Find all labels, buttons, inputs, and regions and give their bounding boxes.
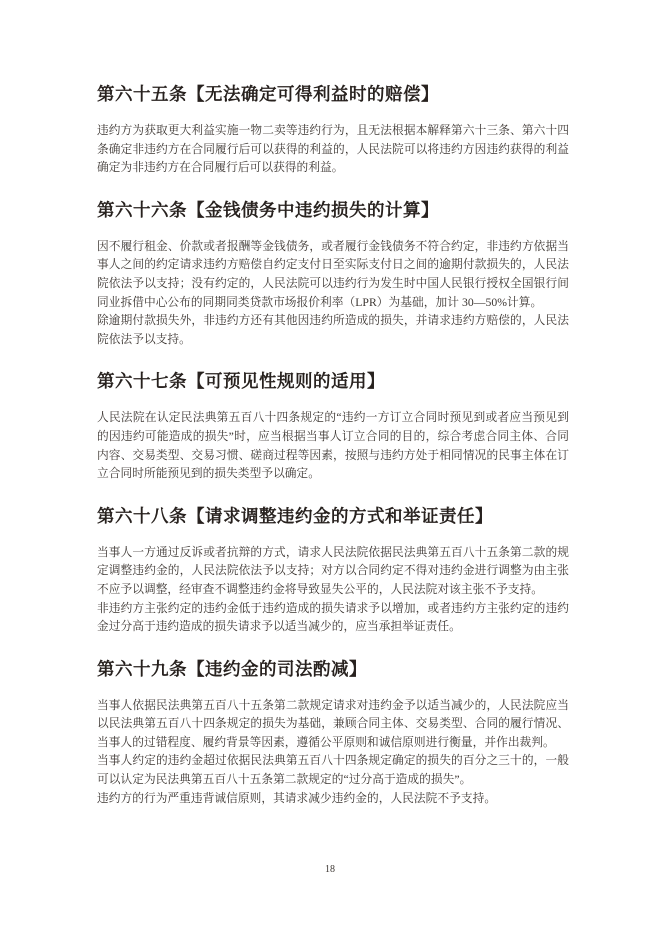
page-number: 18 [0,864,660,875]
article-paragraph: 因不履行租金、价款或者报酬等金钱债务，或者履行金钱债务不符合约定，非违约方依据当… [97,238,569,312]
document-page: 第六十五条【无法确定可得利益时的赔偿】 违约方为获取更大利益实施一物二卖等违约行… [0,0,660,933]
document-content: 第六十五条【无法确定可得利益时的赔偿】 违约方为获取更大利益实施一物二卖等违约行… [97,83,569,829]
article-65: 第六十五条【无法确定可得利益时的赔偿】 违约方为获取更大利益实施一物二卖等违约行… [97,83,569,178]
article-paragraph: 人民法院在认定民法典第五百八十四条规定的“违约一方订立合同时预见到或者应当预见到… [97,409,569,483]
article-heading: 第六十七条【可预见性规则的适用】 [97,370,569,393]
article-paragraph: 违约方为获取更大利益实施一物二卖等违约行为，且无法根据本解释第六十三条、第六十四… [97,122,569,178]
article-body: 违约方为获取更大利益实施一物二卖等违约行为，且无法根据本解释第六十三条、第六十四… [97,122,569,178]
article-heading: 第六十八条【请求调整违约金的方式和举证责任】 [97,505,569,528]
article-paragraph: 当事人依据民法典第五百八十五条第二款规定请求对违约金予以适当减少的，人民法院应当… [97,697,569,753]
article-paragraph: 当事人一方通过反诉或者抗辩的方式，请求人民法院依据民法典第五百八十五条第二款的规… [97,544,569,600]
article-heading: 第六十五条【无法确定可得利益时的赔偿】 [97,83,569,106]
article-heading: 第六十九条【违约金的司法酌减】 [97,658,569,681]
article-body: 当事人一方通过反诉或者抗辩的方式，请求人民法院依据民法典第五百八十五条第二款的规… [97,544,569,637]
article-paragraph: 违约方的行为严重违背诚信原则，其请求减少违约金的，人民法院不予支持。 [97,790,569,809]
article-paragraph: 除逾期付款损失外，非违约方还有其他因违约所造成的损失，并请求违约方赔偿的，人民法… [97,312,569,349]
article-body: 当事人依据民法典第五百八十五条第二款规定请求对违约金予以适当减少的，人民法院应当… [97,697,569,809]
article-body: 人民法院在认定民法典第五百八十四条规定的“违约一方订立合同时预见到或者应当预见到… [97,409,569,483]
article-heading: 第六十六条【金钱债务中违约损失的计算】 [97,199,569,222]
article-paragraph: 当事人约定的违约金超过依据民法典第五百八十四条规定确定的损失的百分之三十的，一般… [97,752,569,789]
article-68: 第六十八条【请求调整违约金的方式和举证责任】 当事人一方通过反诉或者抗辩的方式，… [97,505,569,637]
article-66: 第六十六条【金钱债务中违约损失的计算】 因不履行租金、价款或者报酬等金钱债务，或… [97,199,569,350]
article-67: 第六十七条【可预见性规则的适用】 人民法院在认定民法典第五百八十四条规定的“违约… [97,370,569,483]
article-body: 因不履行租金、价款或者报酬等金钱债务，或者履行金钱债务不符合约定，非违约方依据当… [97,238,569,350]
article-69: 第六十九条【违约金的司法酌减】 当事人依据民法典第五百八十五条第二款规定请求对违… [97,658,569,809]
article-paragraph: 非违约方主张约定的违约金低于违约造成的损失请求予以增加，或者违约方主张约定的违约… [97,600,569,637]
